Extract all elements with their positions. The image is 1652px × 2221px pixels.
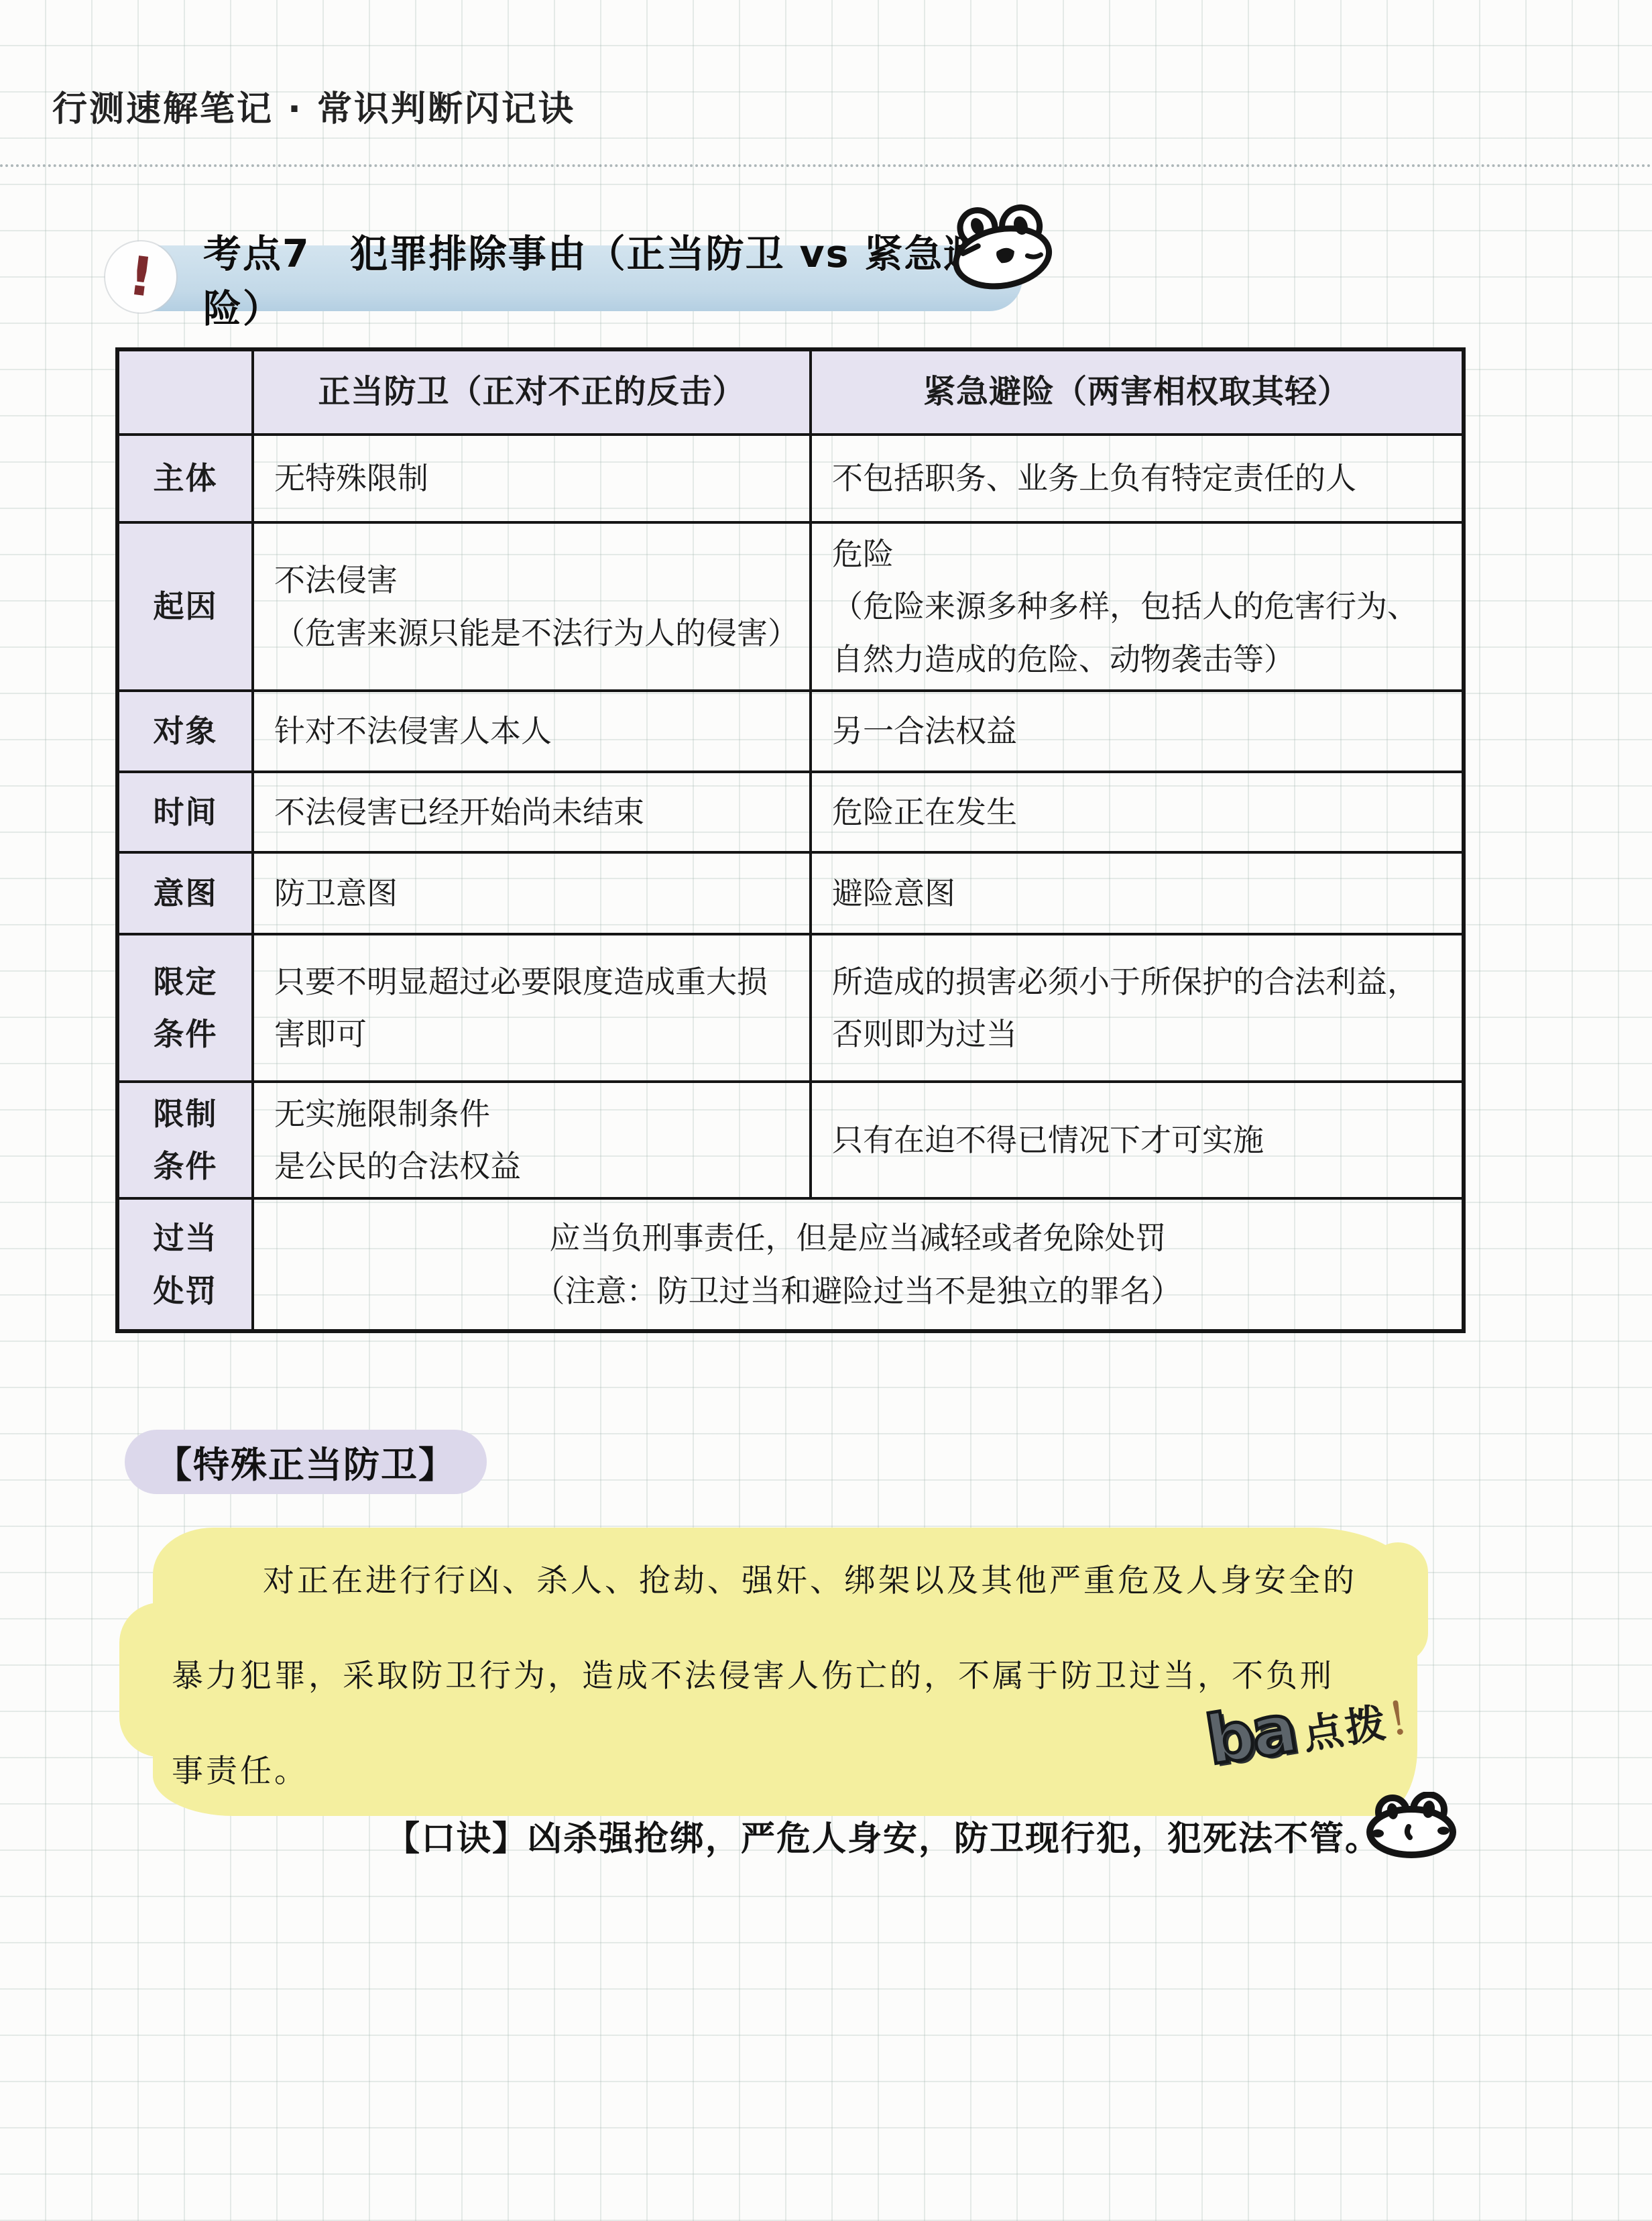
table-row: 起因 不法侵害 （危害来源只能是不法行为人的侵害） 危险 （危险来源多种多样，包…: [117, 522, 1464, 691]
row-label: 主体: [117, 435, 253, 522]
row-label: 限制 条件: [117, 1082, 253, 1198]
stamp-exclamation: ！: [1384, 1691, 1434, 1746]
cell-defense: 只要不明显超过必要限度造成重大损害即可: [253, 934, 811, 1082]
special-paragraph-line: 对正在进行行凶、杀人、抢劫、强奸、绑架以及其他严重危及人身安全的: [263, 1556, 1357, 1601]
stamp-logo: ba: [1201, 1689, 1300, 1780]
cell-avoidance: 另一合法权益: [811, 691, 1464, 772]
special-paragraph-line: 暴力犯罪，采取防卫行为，造成不法侵害人伤亡的，不属于防卫过当，不负刑: [172, 1651, 1334, 1696]
cell-avoidance: 危险正在发生: [811, 772, 1464, 852]
row-label: 对象: [117, 691, 253, 772]
frog-icon: [929, 188, 1072, 310]
cell-defense: 无特殊限制: [253, 435, 811, 522]
table-row: 对象 针对不法侵害人本人 另一合法权益: [117, 691, 1464, 772]
cell-defense: 不法侵害已经开始尚未结束: [253, 772, 811, 852]
special-defense-heading: 【特殊正当防卫】: [156, 1436, 456, 1488]
special-defense-heading-highlight: 【特殊正当防卫】: [125, 1430, 487, 1494]
column-header-defense: 正当防卫（正对不正的反击）: [253, 349, 811, 435]
table-row: 时间 不法侵害已经开始尚未结束 危险正在发生: [117, 772, 1464, 852]
mnemonic-line: 【口诀】凶杀强抢绑，严危人身安，防卫现行犯，犯死法不管。: [386, 1811, 1380, 1860]
cell-defense: 无实施限制条件 是公民的合法权益: [253, 1082, 811, 1198]
row-label: 过当 处罚: [117, 1198, 253, 1331]
exclamation-badge-icon: !: [105, 241, 176, 312]
cell-avoidance: 所造成的损害必须小于所保护的合法利益，否则即为过当: [811, 934, 1464, 1082]
comparison-table: 正当防卫（正对不正的反击） 紧急避险（两害相权取其轻） 主体 无特殊限制 不包括…: [115, 347, 1466, 1333]
table-row: 主体 无特殊限制 不包括职务、业务上负有特定责任的人: [117, 435, 1464, 522]
cell-merged-punishment: 应当负刑事责任，但是应当减轻或者免除处罚 （注意：防卫过当和避险过当不是独立的罪…: [253, 1198, 1464, 1331]
cell-defense: 针对不法侵害人本人: [253, 691, 811, 772]
topic-title: 考点7 犯罪排除事由（正当防卫 vs 紧急避险）: [203, 223, 1022, 333]
notebook-page: 行测速解笔记 · 常识判断闪记诀 ! 考点7 犯罪排除事由（正当防卫 vs 紧急…: [0, 0, 1652, 2221]
cell-avoidance: 只有在迫不得已情况下才可实施: [811, 1082, 1464, 1198]
column-header-avoidance: 紧急避险（两害相权取其轻）: [811, 349, 1464, 435]
stamp-word: 点拨: [1299, 1699, 1391, 1759]
row-label: 起因: [117, 522, 253, 691]
special-paragraph-line: 事责任。: [172, 1746, 308, 1791]
header-divider: [0, 164, 1652, 167]
table-row: 限定 条件 只要不明显超过必要限度造成重大损害即可 所造成的损害必须小于所保护的…: [117, 934, 1464, 1082]
cell-defense: 不法侵害 （危害来源只能是不法行为人的侵害）: [253, 522, 811, 691]
table-corner-cell: [117, 349, 253, 435]
topic-title-highlight: ! 考点7 犯罪排除事由（正当防卫 vs 紧急避险）: [117, 245, 1022, 311]
row-label: 限定 条件: [117, 934, 253, 1082]
row-label: 时间: [117, 772, 253, 852]
cell-avoidance: 不包括职务、业务上负有特定责任的人: [811, 435, 1464, 522]
cell-avoidance: 危险 （危险来源多种多样，包括人的危害行为、自然力造成的危险、动物袭击等）: [811, 522, 1464, 691]
frog-icon: [1364, 1792, 1458, 1859]
table-row: 过当 处罚 应当负刑事责任，但是应当减轻或者免除处罚 （注意：防卫过当和避险过当…: [117, 1198, 1464, 1331]
page-header-breadcrumb: 行测速解笔记 · 常识判断闪记诀: [52, 80, 575, 131]
table-row: 限制 条件 无实施限制条件 是公民的合法权益 只有在迫不得已情况下才可实施: [117, 1082, 1464, 1198]
cell-avoidance: 避险意图: [811, 852, 1464, 934]
row-label: 意图: [117, 852, 253, 934]
yellow-marker-blob: [1368, 1542, 1428, 1663]
table-row: 意图 防卫意图 避险意图: [117, 852, 1464, 934]
cell-defense: 防卫意图: [253, 852, 811, 934]
